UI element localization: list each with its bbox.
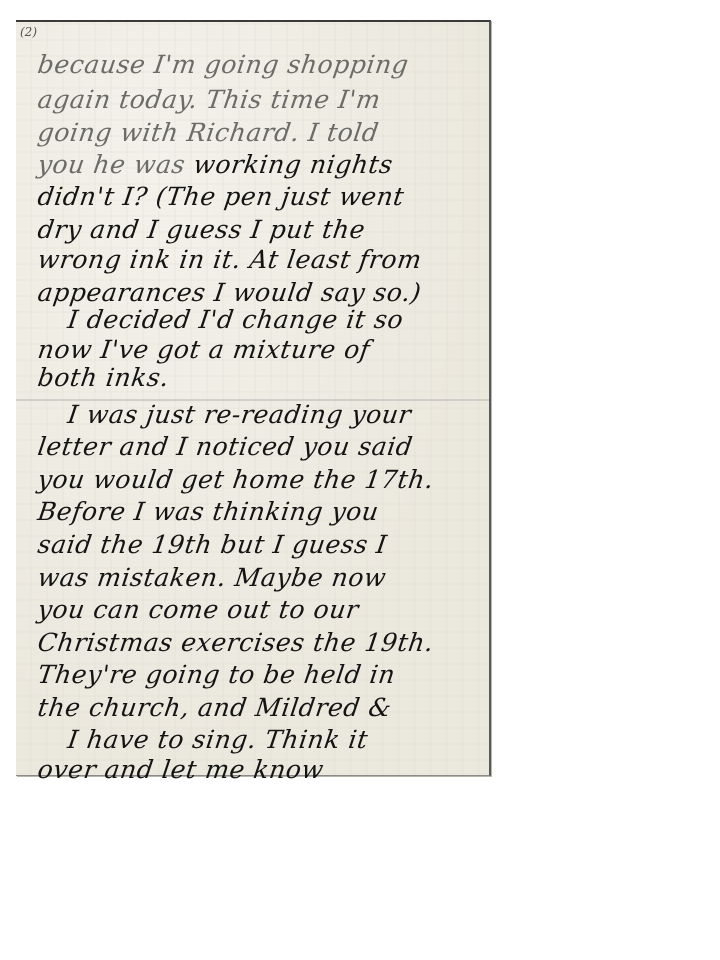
letter-line-4: you he was working nights	[36, 150, 395, 179]
letter-line-11: both inks.	[36, 363, 171, 392]
letter-line-12: I was just re-reading your	[66, 400, 413, 429]
page-number: (2)	[20, 25, 37, 39]
letter-line-4-faded-part: you he was	[36, 150, 196, 179]
letter-line-10: now I've got a mixture of	[36, 335, 372, 364]
letter-line-3: going with Richard. I told	[36, 118, 381, 147]
letter-line-4-dark-part: working nights	[192, 150, 395, 179]
letter-line-8: appearances I would say so.)	[36, 278, 423, 307]
letter-page: (2) because I'm going shopping again tod…	[16, 20, 491, 776]
letter-line-16: said the 19th but I guess I	[36, 530, 389, 559]
letter-line-7: wrong ink in it. At least from	[36, 245, 424, 274]
letter-line-14: you would get home the 17th.	[36, 465, 436, 494]
letter-line-20: They're going to be held in	[36, 660, 397, 689]
letter-line-17: was mistaken. Maybe now	[36, 563, 388, 592]
letter-line-18: you can come out to our	[36, 595, 361, 624]
letter-line-22: I have to sing. Think it	[66, 725, 370, 754]
letter-line-23: over and let me know	[36, 755, 326, 784]
letter-line-1: because I'm going shopping	[36, 50, 411, 79]
letter-line-6: dry and I guess I put the	[36, 215, 367, 244]
letter-line-19: Christmas exercises the 19th.	[36, 628, 436, 657]
letter-line-21: the church, and Mildred &	[36, 693, 394, 722]
letter-line-13: letter and I noticed you said	[36, 432, 415, 461]
letter-line-15: Before I was thinking you	[36, 497, 381, 526]
letter-line-5: didn't I? (The pen just went	[36, 182, 406, 211]
letter-line-9: I decided I'd change it so	[66, 305, 405, 334]
letter-line-2: again today. This time I'm	[36, 85, 383, 114]
